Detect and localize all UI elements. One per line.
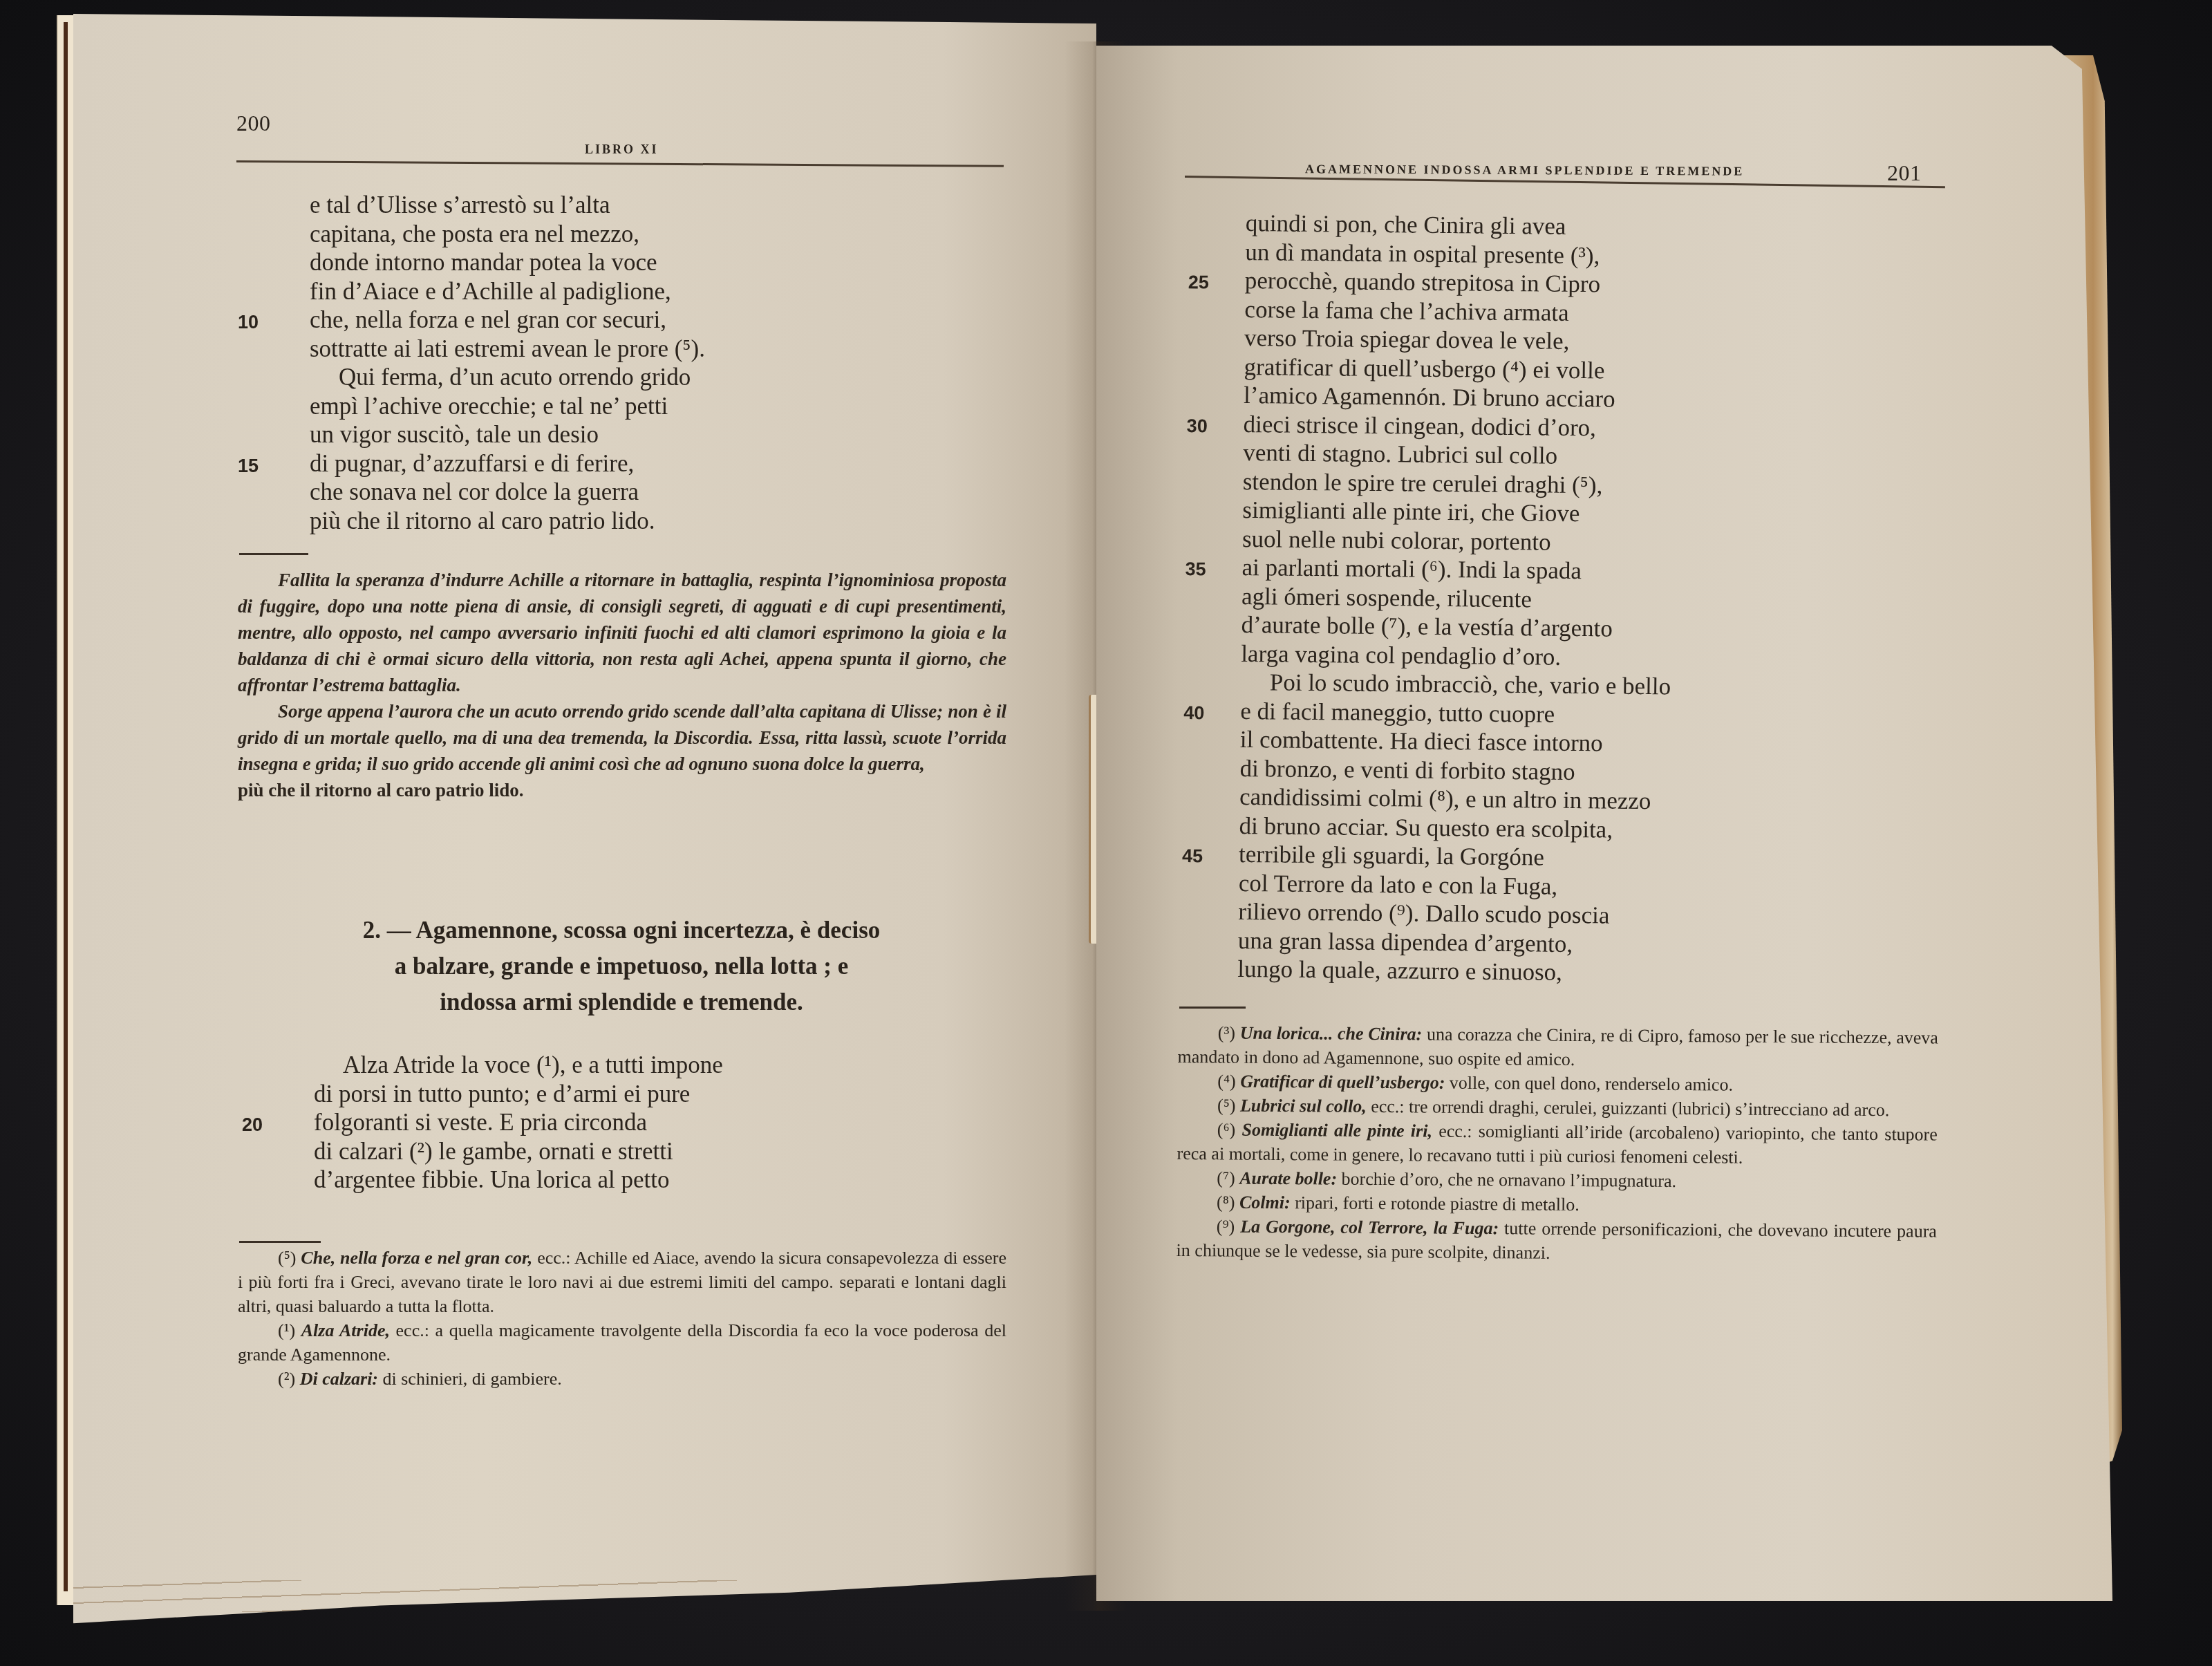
verse-line: gratificar di quell’usbergo (⁴) ei volle	[1244, 352, 1674, 385]
verse-line: 15di pugnar, d’azzuffarsi e di ferire,	[310, 449, 705, 478]
verse-text: suol nelle nubi colorar, portento	[1242, 525, 1551, 555]
page-number-right: 201	[1887, 160, 1922, 186]
footnote: (⁶) Somiglianti alle pinte iri, ecc.: so…	[1177, 1117, 1938, 1171]
footnote: (³) Una lorica... che Cinira: una corazz…	[1178, 1020, 1938, 1074]
verse-line: di porsi in tutto punto; e d’armi ei pur…	[314, 1080, 723, 1109]
footnote-mark: (⁶)	[1217, 1119, 1242, 1139]
verse-text: sottratte ai lati estremi avean le prore…	[310, 335, 705, 362]
verse-text: lungo la quale, azzurro e sinuoso,	[1237, 955, 1562, 986]
verse-line: venti di stagno. Lubrici sul collo	[1243, 438, 1674, 471]
footnote-lemma: La Gorgone, col Terrore, la Fuga:	[1240, 1217, 1499, 1239]
footnote-text: ripari, forti e rotonde piastre di metal…	[1291, 1192, 1580, 1215]
left-page: 200 LIBRO XI e tal d’Ulisse s’arrestò su…	[73, 14, 1096, 1631]
verse-block-right: quindi si pon, che Cinira gli aveaun dì …	[1237, 209, 1676, 988]
verse-text: quindi si pon, che Cinira gli avea	[1246, 209, 1566, 240]
verse-line: empì l’achive orecchie; e tal ne’ petti	[310, 392, 705, 421]
footnote-lemma: Lubrici sul collo,	[1240, 1096, 1367, 1116]
verse-line: simiglianti alle pinte iri, che Giove	[1242, 496, 1673, 529]
verse-text: una gran lassa dipendea d’argento,	[1238, 926, 1573, 957]
footnote-mark: (⁵)	[278, 1248, 301, 1268]
footnote-text: borchie d’oro, che ne ornavano l’impugna…	[1337, 1169, 1676, 1191]
verse-line: e tal d’Ulisse s’arrestò su l’alta	[310, 191, 705, 220]
verse-text: gratificar di quell’usbergo (⁴) ei volle	[1244, 353, 1604, 383]
verse-line: un dì mandata in ospital presente (³),	[1245, 237, 1676, 270]
verse-line: Poi lo scudo imbracciò, che, vario e bel…	[1241, 668, 1671, 701]
section-heading-line-2: a balzare, grande e impetuoso, nella lot…	[238, 948, 1005, 984]
verse-text: fin d’Aiace e d’Achille al padiglione,	[310, 278, 671, 305]
running-title-left: LIBRO XI	[585, 142, 659, 157]
verse-text: più che il ritorno al caro patrio lido.	[310, 507, 655, 534]
footnote: (⁵) Che, nella forza e nel gran cor, ecc…	[238, 1246, 1006, 1318]
verse-line: rilievo orrendo (⁹). Dallo scudo poscia	[1238, 897, 1669, 930]
footnote-text: ecc.: tre orrendi draghi, cerulei, guizz…	[1367, 1096, 1890, 1120]
footnote: (⁹) La Gorgone, col Terrore, la Fuga: tu…	[1177, 1214, 1937, 1268]
footnote: (¹) Alza Atride, ecc.: a quella magicame…	[238, 1318, 1006, 1367]
verse-text: che, nella forza e nel gran cor securi,	[310, 306, 666, 333]
section-heading: 2. — Agamennone, scossa ogni incertezza,…	[238, 912, 1005, 1020]
footnote-mark: (²)	[278, 1369, 300, 1389]
verse-text: col Terrore da lato e con la Fuga,	[1239, 869, 1558, 899]
verse-text: terribile gli sguardi, la Gorgóne	[1239, 841, 1544, 871]
verse-line: più che il ritorno al caro patrio lido.	[310, 507, 705, 536]
line-number: 15	[238, 452, 259, 481]
verse-line: larga vagina col pendaglio d’oro.	[1241, 639, 1671, 672]
verse-text: di calzari (²) le gambe, ornati e strett…	[314, 1138, 673, 1165]
footnote-mark: (⁷)	[1217, 1168, 1239, 1188]
footnote-mark: (³)	[1218, 1022, 1240, 1042]
verse-line: 45terribile gli sguardi, la Gorgóne	[1239, 840, 1669, 873]
footnote-text: volle, con quel dono, renderselo amico.	[1445, 1073, 1733, 1095]
verse-line: Qui ferma, d’un acuto orrendo grido	[310, 363, 705, 392]
line-number: 25	[1188, 268, 1209, 297]
verse-text: larga vagina col pendaglio d’oro.	[1241, 639, 1561, 670]
verse-line: di bruno acciar. Su questo era scolpita,	[1239, 811, 1669, 844]
line-number: 35	[1185, 555, 1206, 584]
verse-line: 20folgoranti si veste. E pria circonda	[314, 1108, 723, 1137]
verse-text: venti di stagno. Lubrici sul collo	[1243, 439, 1557, 469]
verse-text: rilievo orrendo (⁹). Dallo scudo poscia	[1238, 898, 1609, 929]
footnote-text: di schinieri, di gambiere.	[378, 1369, 562, 1389]
summary-text-1: Fallita la speranza d’indurre Achille a …	[238, 567, 1006, 698]
verse-text: un dì mandata in ospital presente (³),	[1245, 238, 1600, 268]
verse-line: agli ómeri sospende, rilucente	[1241, 581, 1672, 615]
footnote-mark: (⁴)	[1217, 1071, 1240, 1091]
verse-text: capitana, che posta era nel mezzo,	[310, 221, 639, 247]
footnote-lemma: Di calzari:	[300, 1369, 378, 1389]
verse-text: Alza Atride la voce (¹), e a tutti impon…	[314, 1051, 723, 1078]
header-rule-left	[236, 160, 1004, 167]
verse-line: l’amico Agamennón. Di bruno acciaro	[1244, 381, 1674, 414]
verse-text: corse la fama che l’achiva armata	[1244, 295, 1569, 326]
verse-text: perocchè, quando strepitosa in Cipro	[1245, 267, 1601, 297]
verse-text: d’aurate bolle (⁷), e la vestía d’argent…	[1241, 611, 1613, 642]
verse-line: di bronzo, e venti di forbito stagno	[1239, 754, 1670, 787]
footnote-mark: (⁵)	[1217, 1095, 1240, 1115]
footnote-mark: (⁸)	[1217, 1192, 1239, 1212]
verse-line: d’aurate bolle (⁷), e la vestía d’argent…	[1241, 610, 1671, 644]
verse-text: dieci strisce il cingean, dodici d’oro,	[1244, 410, 1597, 440]
section-heading-line-1: 2. — Agamennone, scossa ogni incertezza,…	[238, 912, 1005, 948]
summary-text-2: Sorge appena l’aurora che un acuto orren…	[238, 698, 1006, 777]
verse-text: di bronzo, e venti di forbito stagno	[1239, 754, 1575, 785]
verse-text: di bruno acciar. Su questo era scolpita,	[1239, 812, 1613, 843]
footnote-rule-left	[239, 1241, 321, 1243]
verse-line: suol nelle nubi colorar, portento	[1242, 524, 1673, 557]
footnote-lemma: Aurate bolle:	[1239, 1168, 1337, 1189]
verse-text: ai parlanti mortali (⁶). Indi la spada	[1241, 554, 1582, 584]
verse-line: Alza Atride la voce (¹), e a tutti impon…	[314, 1051, 723, 1080]
verse-text: folgoranti si veste. E pria circonda	[314, 1109, 647, 1136]
verse-block-2: Alza Atride la voce (¹), e a tutti impon…	[314, 1051, 723, 1195]
verse-line: lungo la quale, azzurro e sinuoso,	[1237, 955, 1668, 988]
verse-line: candidissimi colmi (⁸), e un altro in me…	[1239, 783, 1670, 816]
verse-text: di pugnar, d’azzuffarsi e di ferire,	[310, 450, 634, 477]
footnote-lemma: Alza Atride,	[301, 1320, 390, 1340]
verse-block-1: e tal d’Ulisse s’arrestò su l’altacapita…	[310, 191, 705, 535]
verse-line: 10che, nella forza e nel gran cor securi…	[310, 306, 705, 335]
line-number: 20	[242, 1111, 263, 1140]
verse-line: 40e di facil maneggio, tutto cuopre	[1240, 696, 1671, 729]
verse-text: Qui ferma, d’un acuto orrendo grido	[310, 364, 691, 391]
footnote-mark: (¹)	[278, 1320, 301, 1340]
verse-text: candidissimi colmi (⁸), e un altro in me…	[1239, 783, 1651, 814]
verse-line: 30dieci strisce il cingean, dodici d’oro…	[1244, 409, 1674, 442]
verse-text: un vigor suscitò, tale un desio	[310, 421, 599, 448]
summary-text-3: più che il ritorno al caro patrio lido.	[238, 777, 1006, 803]
line-number: 30	[1186, 412, 1207, 441]
footnotes-left: (⁵) Che, nella forza e nel gran cor, ecc…	[238, 1246, 1006, 1391]
verse-line: donde intorno mandar potea la voce	[310, 248, 705, 277]
verse-line: capitana, che posta era nel mezzo,	[310, 220, 705, 249]
verse-text: empì l’achive orecchie; e tal ne’ petti	[310, 393, 668, 420]
verse-text: il combattente. Ha dieci fasce intorno	[1240, 726, 1603, 756]
right-page: AGAMENNONE INDOSSA ARMI SPLENDIDE E TREM…	[1096, 46, 2112, 1601]
footnote-lemma: Somiglianti alle pinte iri,	[1241, 1120, 1432, 1141]
running-title-right: AGAMENNONE INDOSSA ARMI SPLENDIDE E TREM…	[1305, 162, 1744, 178]
verse-line: sottratte ai lati estremi avean le prore…	[310, 335, 705, 364]
verse-text: di porsi in tutto punto; e d’armi ei pur…	[314, 1080, 690, 1107]
footnote-lemma: Che, nella forza e nel gran cor,	[301, 1248, 532, 1268]
verse-line: verso Troia spiegar dovea le vele,	[1244, 324, 1675, 357]
verse-line: quindi si pon, che Cinira gli avea	[1246, 209, 1676, 242]
summary-rule	[239, 553, 308, 555]
line-number: 10	[238, 308, 259, 337]
verse-line: il combattente. Ha dieci fasce intorno	[1240, 725, 1671, 758]
verse-text: e tal d’Ulisse s’arrestò su l’alta	[310, 191, 610, 218]
verse-text: Poi lo scudo imbracciò, che, vario e bel…	[1241, 668, 1671, 700]
verse-text: agli ómeri sospende, rilucente	[1241, 582, 1532, 612]
book-cover-edge	[57, 15, 75, 1605]
summary-paragraph: Fallita la speranza d’indurre Achille a …	[238, 567, 1006, 803]
verse-line: di calzari (²) le gambe, ornati e strett…	[314, 1137, 723, 1166]
verse-line: una gran lassa dipendea d’argento,	[1238, 926, 1669, 959]
verse-text: simiglianti alle pinte iri, che Giove	[1242, 496, 1580, 527]
verse-text: stendon le spire tre cerulei draghi (⁵),	[1243, 467, 1603, 498]
footnote-mark: (⁹)	[1217, 1216, 1241, 1236]
footnotes-right: (³) Una lorica... che Cinira: una corazz…	[1177, 1020, 1938, 1268]
footnote-lemma: Una lorica... che Cinira:	[1240, 1023, 1423, 1045]
verse-text: d’argentee fibbie. Una lorica al petto	[314, 1166, 669, 1193]
verse-text: verso Troia spiegar dovea le vele,	[1244, 324, 1570, 355]
verse-line: corse la fama che l’achiva armata	[1244, 294, 1675, 328]
line-number: 40	[1183, 699, 1204, 728]
verse-line: un vigor suscitò, tale un desio	[310, 420, 705, 449]
verse-text: l’amico Agamennón. Di bruno acciaro	[1244, 382, 1615, 413]
verse-text: donde intorno mandar potea la voce	[310, 249, 657, 276]
footnote: (²) Di calzari: di schinieri, di gambier…	[238, 1367, 1006, 1391]
line-number: 45	[1182, 842, 1203, 871]
verse-line: 35ai parlanti mortali (⁶). Indi la spada	[1241, 553, 1672, 586]
verse-line: 25perocchè, quando strepitosa in Cipro	[1245, 266, 1676, 299]
verse-line: d’argentee fibbie. Una lorica al petto	[314, 1166, 723, 1195]
verse-text: che sonava nel cor dolce la guerra	[310, 478, 639, 505]
section-heading-line-3: indossa armi splendide e tremende.	[238, 984, 1005, 1020]
footnote-lemma: Gratificar di quell’usbergo:	[1240, 1071, 1445, 1093]
page-number-left: 200	[236, 111, 271, 136]
verse-text: e di facil maneggio, tutto cuopre	[1240, 697, 1555, 727]
verse-line: col Terrore da lato e con la Fuga,	[1239, 868, 1669, 901]
verse-line: fin d’Aiace e d’Achille al padiglione,	[310, 277, 705, 306]
footnote-lemma: Colmi:	[1239, 1192, 1291, 1213]
verse-line: che sonava nel cor dolce la guerra	[310, 478, 705, 507]
verse-line: stendon le spire tre cerulei draghi (⁵),	[1243, 467, 1674, 500]
footnote-rule-right	[1179, 1007, 1246, 1009]
